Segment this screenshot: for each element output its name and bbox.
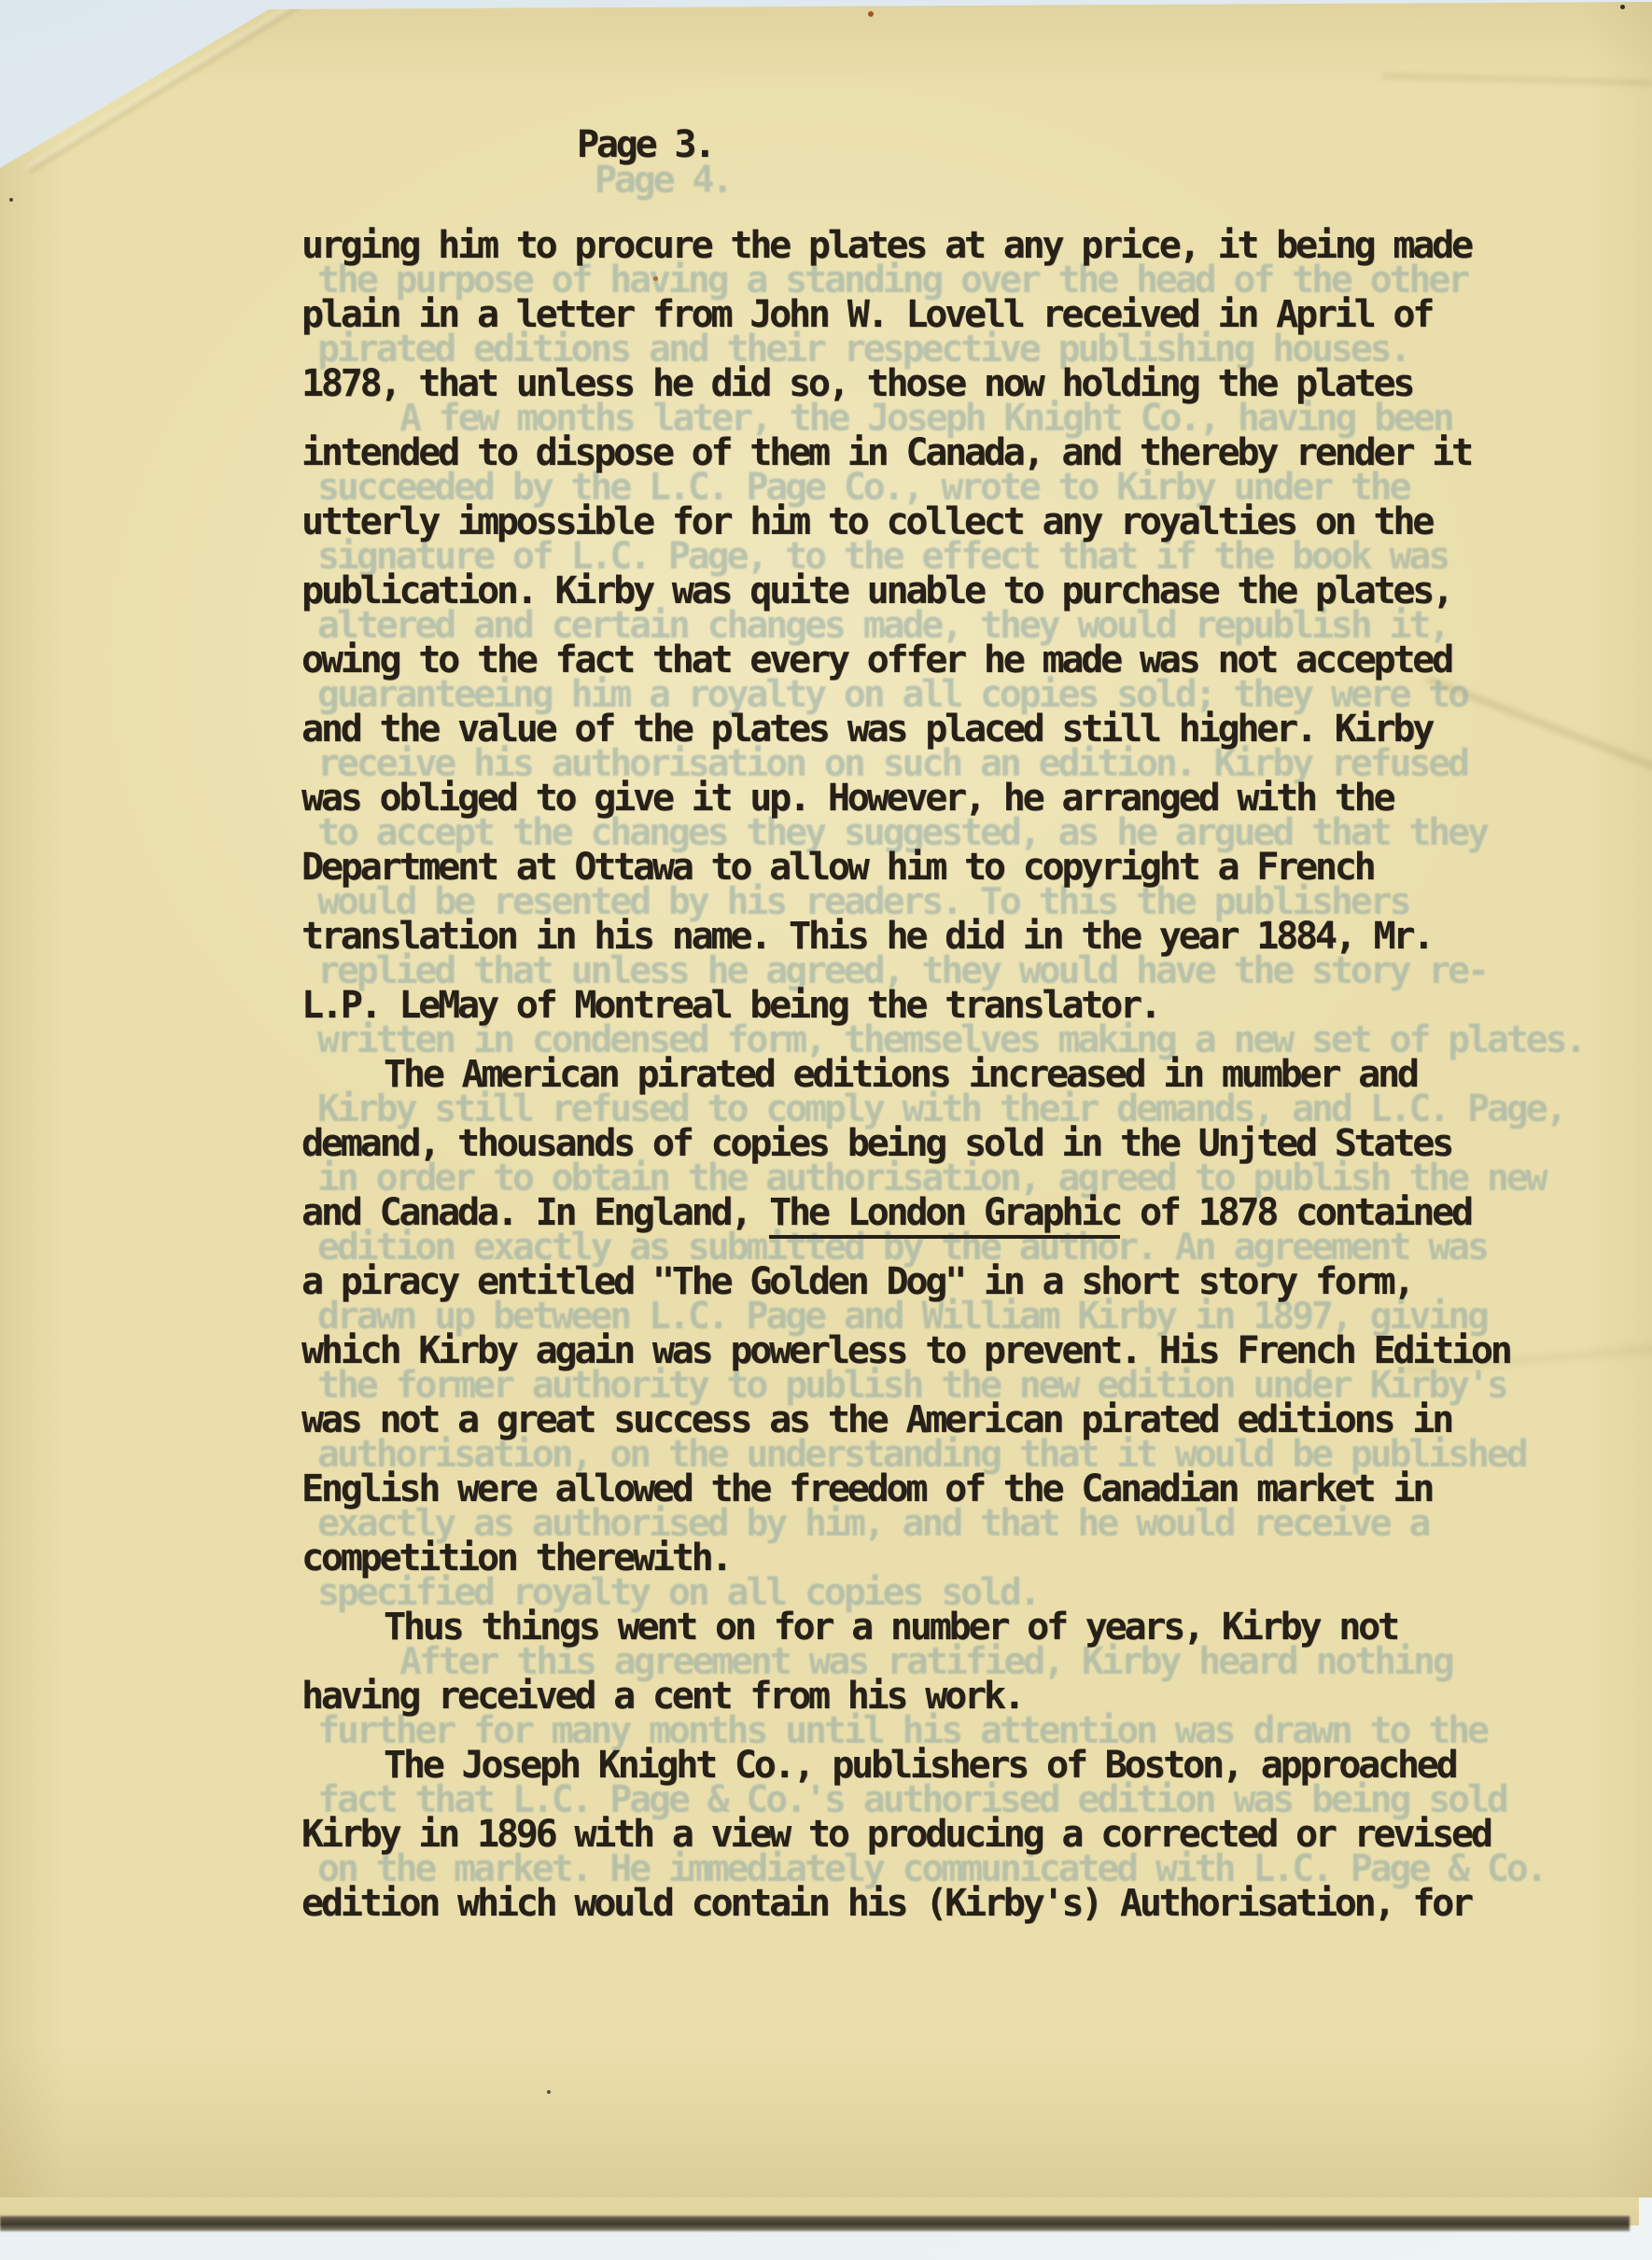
text-line: 1878, that unless he did so, those now h… [301, 362, 1412, 405]
paper: Page 4. the purpose of having a standing… [0, 0, 1652, 2197]
paper-stack-edge-shadow [0, 2216, 1630, 2231]
text-line: demand, thousands of copies being sold i… [301, 1122, 1451, 1165]
ink-speck [547, 2090, 551, 2094]
text-line: owing to the fact that every offer he ma… [301, 639, 1451, 681]
text-line: translation in his name. This he did in … [301, 915, 1432, 958]
underlined-text: The London Graphic [769, 1191, 1120, 1239]
text-line: publication. Kirby was quite unable to p… [301, 569, 1451, 612]
text-line: competition therewith. [301, 1537, 730, 1579]
text-line: having received a cent from his work. [301, 1675, 1023, 1718]
text-line: a piracy entitled "The Golden Dog" in a … [301, 1260, 1412, 1303]
text-line: English were allowed the freedom of the … [301, 1467, 1432, 1510]
text-line: L.P. LeMay of Montreal being the transla… [301, 984, 1159, 1027]
text-line: utterly impossible for him to collect an… [301, 500, 1432, 543]
text-line: intended to dispose of them in Canada, a… [301, 431, 1471, 474]
ink-speck [1620, 5, 1625, 9]
ink-speck [653, 276, 658, 281]
text-line: edition which would contain his (Kirby's… [301, 1882, 1471, 1925]
text-line: The Joseph Knight Co., publishers of Bos… [384, 1744, 1456, 1787]
page-number-heading: Page 3. [577, 123, 713, 166]
text-line: urging him to procure the plates at any … [301, 224, 1471, 267]
text-line: was not a great success as the American … [301, 1398, 1451, 1441]
ink-speck [868, 11, 874, 17]
text-line: Department at Ottawa to allow him to cop… [301, 846, 1374, 889]
text-line: and Canada. In England, The London Graph… [301, 1191, 1471, 1234]
text-line: Thus things went on for a number of year… [384, 1606, 1397, 1649]
scanned-document-page: { "page": { "header": "Page 3.", "body_l… [0, 0, 1652, 2260]
text-line: and the value of the plates was placed s… [301, 708, 1432, 751]
text-line: was obliged to give it up. However, he a… [301, 777, 1393, 820]
text-line: Kirby in 1896 with a view to producing a… [301, 1813, 1491, 1856]
text-line: which Kirby again was powerless to preve… [301, 1329, 1510, 1372]
ink-speck [9, 198, 13, 202]
typewritten-text-layer: Page 3. urging him to procure the plates… [0, 0, 1652, 2197]
text-line: plain in a letter from John W. Lovell re… [301, 293, 1432, 336]
text-line: The American pirated editions increased … [384, 1053, 1417, 1096]
